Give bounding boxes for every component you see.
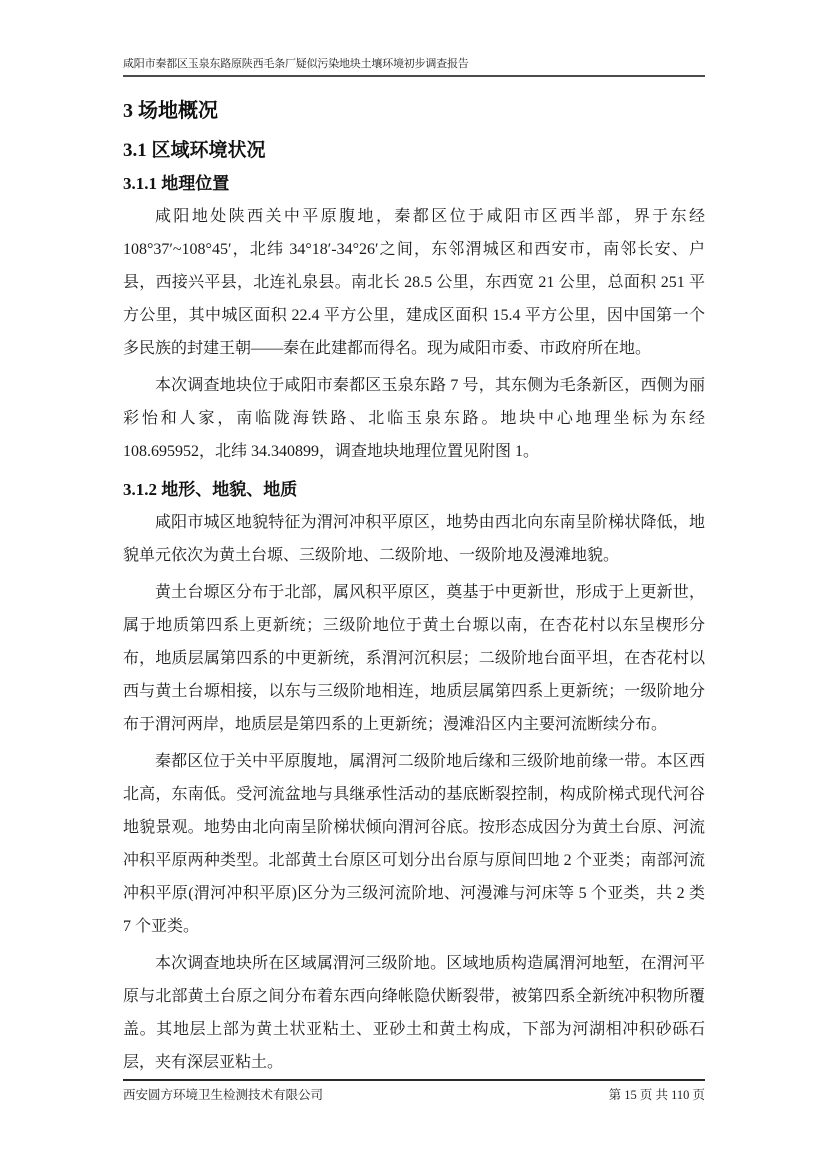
paragraph-terrain-1: 咸阳市城区地貌特征为渭河冲积平原区，地势由西北向东南呈阶梯状降低，地貌单元依次为… <box>123 506 705 572</box>
heading-section-3-1: 3.1 区域环境状况 <box>123 139 705 162</box>
paragraph-geographic-location-1: 咸阳地处陕西关中平原腹地，秦都区位于咸阳市区西半部，界于东经108°37′~10… <box>123 200 705 365</box>
paragraph-terrain-3: 秦都区位于关中平原腹地，属渭河二级阶地后缘和三级阶地前缘一带。本区西北高，东南低… <box>123 745 705 943</box>
page-footer: 西安圆方环境卫生检测技术有限公司 第 15 页 共 110 页 <box>123 1079 705 1103</box>
footer-page-number: 第 15 页 共 110 页 <box>609 1087 705 1103</box>
paragraph-terrain-4: 本次调查地块所在区域属渭河三级阶地。区域地质构造属渭河地堑，在渭河平原与北部黄土… <box>123 947 705 1079</box>
heading-section-3: 3 场地概况 <box>123 99 705 123</box>
footer-company-name: 西安圆方环境卫生检测技术有限公司 <box>123 1087 323 1103</box>
page-content: 咸阳市秦都区玉泉东路原陕西毛条厂疑似污染地块土壤环境初步调查报告 3 场地概况 … <box>123 0 705 1079</box>
heading-section-3-1-2: 3.1.2 地形、地貌、地质 <box>123 479 705 500</box>
paragraph-geographic-location-2: 本次调查地块位于咸阳市秦都区玉泉东路 7 号，其东侧为毛条新区，西侧为丽彩怡和人… <box>123 369 705 468</box>
page-header: 咸阳市秦都区玉泉东路原陕西毛条厂疑似污染地块土壤环境初步调查报告 <box>123 0 705 77</box>
document-page: 咸阳市秦都区玉泉东路原陕西毛条厂疑似污染地块土壤环境初步调查报告 3 场地概况 … <box>0 0 827 1169</box>
report-title-header: 咸阳市秦都区玉泉东路原陕西毛条厂疑似污染地块土壤环境初步调查报告 <box>123 57 705 71</box>
heading-section-3-1-1: 3.1.1 地理位置 <box>123 173 705 194</box>
header-divider <box>123 75 705 77</box>
paragraph-terrain-2: 黄土台塬区分布于北部，属风积平原区，奠基于中更新世，形成于上更新世，属于地质第四… <box>123 576 705 741</box>
